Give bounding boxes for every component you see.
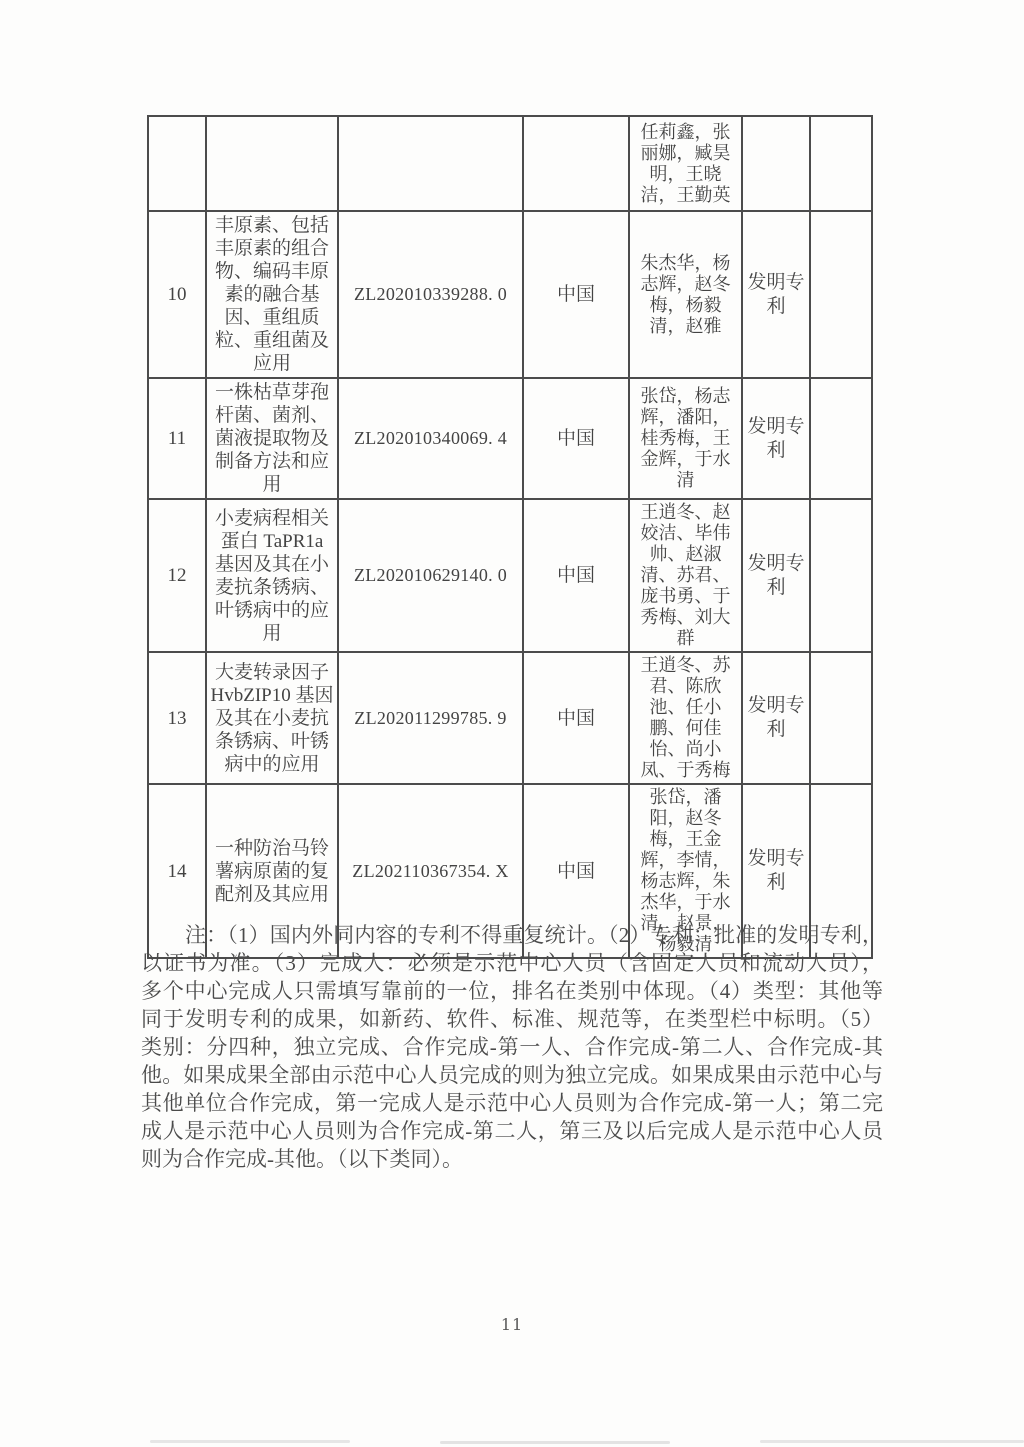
cell-inventors: 张岱，杨志辉，潘阳，桂秀梅，王金辉，于水清 xyxy=(629,378,742,499)
table-row: 11 一株枯草芽孢杆菌、菌剂、菌液提取物及制备方法和应用 ZL202010340… xyxy=(148,378,872,499)
cell-type: 发明专利 xyxy=(742,499,810,652)
cell-title: 大麦转录因子 HvbZIP10 基因及其在小麦抗条锈病、叶锈病中的应用 xyxy=(206,652,338,784)
cell-seq: 10 xyxy=(148,211,206,378)
cell-country: 中国 xyxy=(523,499,629,652)
note-line: 同于发明专利的成果，如新药、软件、标准、规范等，在类型栏中标明。（5） xyxy=(141,1005,883,1033)
cell-extra xyxy=(810,499,872,652)
cell-extra xyxy=(810,652,872,784)
table-row: 10 丰原素、包括丰原素的组合物、编码丰原素的融合基因、重组质粒、重组菌及应用 … xyxy=(148,211,872,378)
note-line: 类别：分四种，独立完成、合作完成-第一人、合作完成-第二人、合作完成-其 xyxy=(141,1033,883,1061)
note-line: 多个中心完成人只需填写靠前的一位，排名在类别中体现。（4）类型：其他等 xyxy=(141,977,883,1005)
page-number: 11 xyxy=(0,1315,1024,1334)
note-line: 其他单位合作完成，第一完成人是示范中心人员则为合作完成-第一人；第二完 xyxy=(141,1089,883,1117)
patent-table: 任莉鑫，张丽娜，臧昊明，王晓洁，王勤英 10 丰原素、包括丰原素的组合物、编码丰… xyxy=(147,115,873,959)
scan-artifact xyxy=(150,1440,350,1443)
cell-country: 中国 xyxy=(523,378,629,499)
cell-seq: 12 xyxy=(148,499,206,652)
cell-title: 小麦病程相关蛋白 TaPR1a 基因及其在小麦抗条锈病、叶锈病中的应用 xyxy=(206,499,338,652)
document-page: 任莉鑫，张丽娜，臧昊明，王晓洁，王勤英 10 丰原素、包括丰原素的组合物、编码丰… xyxy=(0,0,1024,1447)
cell-seq: 13 xyxy=(148,652,206,784)
cell-type xyxy=(742,116,810,211)
cell-inventors: 朱杰华，杨志辉，赵冬梅，杨毅清，赵雅 xyxy=(629,211,742,378)
footnotes: 注：（1）国内外同内容的专利不得重复统计。（2）专利：批准的发明专利， 以证书为… xyxy=(141,921,883,1173)
cell-inventors: 王逍冬、苏君、陈欣池、任小鹏、何佳怡、尚小凤、于秀梅 xyxy=(629,652,742,784)
cell-patent-number: ZL202010629140. 0 xyxy=(338,499,523,652)
cell-patent-number xyxy=(338,116,523,211)
cell-country: 中国 xyxy=(523,211,629,378)
table-row: 12 小麦病程相关蛋白 TaPR1a 基因及其在小麦抗条锈病、叶锈病中的应用 Z… xyxy=(148,499,872,652)
cell-patent-number: ZL202010339288. 0 xyxy=(338,211,523,378)
cell-type: 发明专利 xyxy=(742,652,810,784)
note-line: 成人是示范中心人员则为合作完成-第二人，第三及以后完成人是示范中心人员 xyxy=(141,1117,883,1145)
cell-seq: 11 xyxy=(148,378,206,499)
scan-artifact xyxy=(760,1440,1024,1443)
cell-title: 丰原素、包括丰原素的组合物、编码丰原素的融合基因、重组质粒、重组菌及应用 xyxy=(206,211,338,378)
note-line: 则为合作完成-其他。（以下类同）。 xyxy=(141,1145,883,1173)
scan-artifact xyxy=(440,1441,670,1444)
table-row-continuation: 任莉鑫，张丽娜，臧昊明，王晓洁，王勤英 xyxy=(148,116,872,211)
cell-extra xyxy=(810,116,872,211)
cell-seq xyxy=(148,116,206,211)
cell-inventors: 王逍冬、赵姣洁、毕伟帅、赵淑清、苏君、庞书勇、于秀梅、刘大群 xyxy=(629,499,742,652)
note-line: 注：（1）国内外同内容的专利不得重复统计。（2）专利：批准的发明专利， xyxy=(141,921,883,949)
cell-type: 发明专利 xyxy=(742,378,810,499)
cell-patent-number: ZL202010340069. 4 xyxy=(338,378,523,499)
cell-title: 一株枯草芽孢杆菌、菌剂、菌液提取物及制备方法和应用 xyxy=(206,378,338,499)
cell-title xyxy=(206,116,338,211)
cell-extra xyxy=(810,378,872,499)
note-line: 以证书为准。（3）完成人：必须是示范中心人员（含固定人员和流动人员）， xyxy=(141,949,883,977)
cell-country: 中国 xyxy=(523,652,629,784)
cell-inventors: 任莉鑫，张丽娜，臧昊明，王晓洁，王勤英 xyxy=(629,116,742,211)
cell-patent-number: ZL202011299785. 9 xyxy=(338,652,523,784)
cell-country xyxy=(523,116,629,211)
cell-extra xyxy=(810,211,872,378)
note-line: 他。如果成果全部由示范中心人员完成的则为独立完成。如果成果由示范中心与 xyxy=(141,1061,883,1089)
table-row: 13 大麦转录因子 HvbZIP10 基因及其在小麦抗条锈病、叶锈病中的应用 Z… xyxy=(148,652,872,784)
cell-type: 发明专利 xyxy=(742,211,810,378)
